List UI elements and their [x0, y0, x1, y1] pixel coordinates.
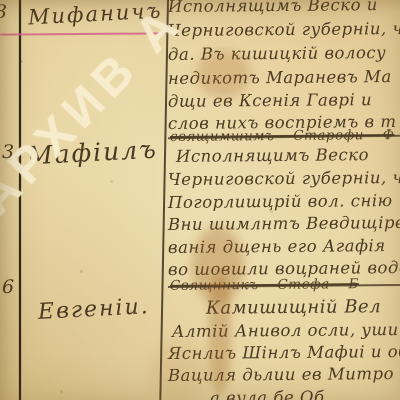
- entry-line: Вациля дьлии ев Митро: [168, 364, 394, 385]
- entry-line: Вни шимлнтъ Вевдищіре: [168, 213, 400, 234]
- document-page: 3 3. 6 Мифаничъ Мафіилъ Евгеніи. Исполня…: [0, 0, 400, 400]
- entry-line: Черниговской губерніи, ч: [168, 19, 400, 40]
- entry-line: Исполнящимъ Веско: [176, 145, 369, 166]
- entry-line: Яснлиъ Шінлъ Мафиі и об: [168, 342, 400, 363]
- row-name: Евгеніи.: [37, 294, 150, 325]
- entry-line: Алтій Анивол осли, уши: [172, 320, 399, 341]
- entry-line: Камишищній Вел: [206, 296, 381, 319]
- row-number: 6: [2, 276, 14, 298]
- entry-line: дщи ев Ксенія Гаврі и: [168, 90, 372, 111]
- entry-line: а вула бе Об: [210, 388, 325, 400]
- entry-line: Исполнящимъ Веско и: [168, 0, 378, 16]
- entry-line: Черниговской губерніи, ч: [168, 168, 400, 189]
- entry-line: да. Въ кишицкій волосу: [168, 43, 386, 64]
- entry-line: недикотъ Мараневъ Ма: [168, 67, 392, 88]
- entry-line: ванія дщень его Агафія: [168, 236, 386, 257]
- entry-line: Погорлишцрій вол. снію: [168, 191, 393, 212]
- row-number: 3: [0, 1, 7, 23]
